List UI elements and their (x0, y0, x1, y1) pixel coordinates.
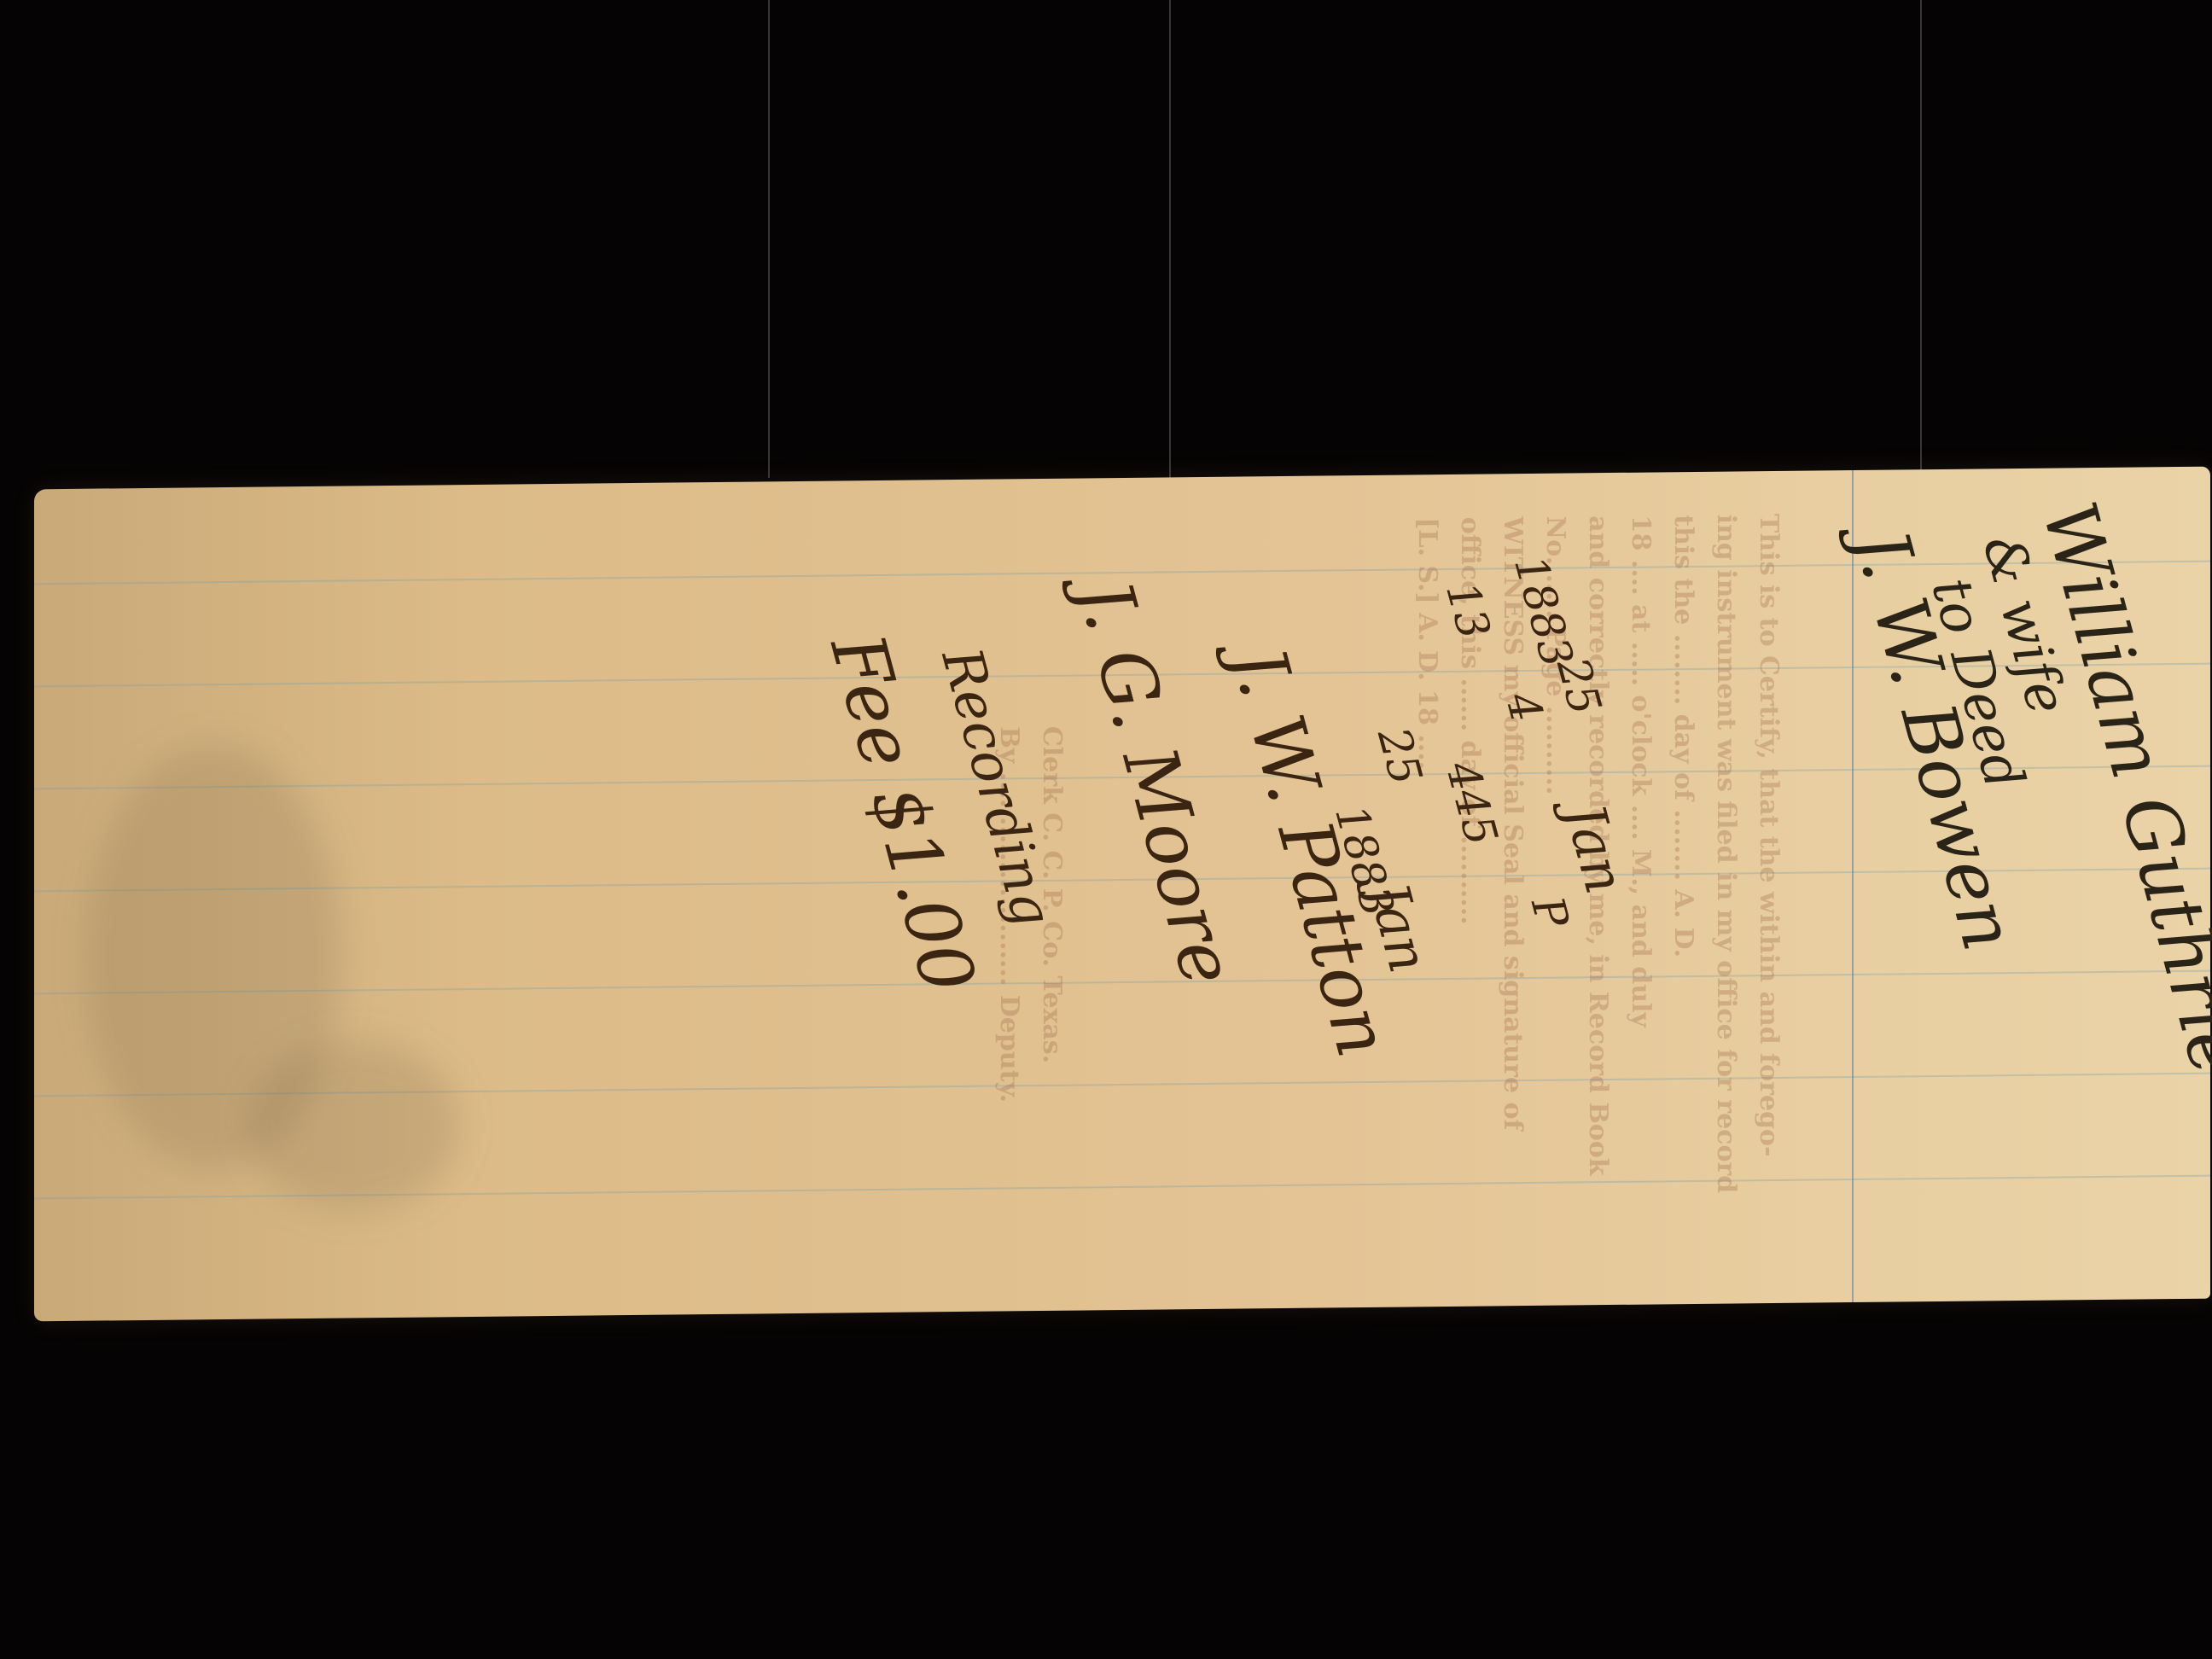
printed-line: 18 .... at ..... o'clock .... M., and du… (1626, 515, 1656, 1027)
record-page: 445 (1435, 756, 1507, 852)
hanging-thread (1169, 0, 1171, 478)
printed-line: This is to Certify, that the within and … (1754, 514, 1784, 1157)
document-paper: This is to Certify, that the within and … (34, 467, 2210, 1322)
hanging-thread (768, 0, 770, 478)
stain (247, 1039, 461, 1213)
filed-meridiem: P (1521, 892, 1578, 934)
record-book-no: 13 (1435, 577, 1499, 645)
printed-line: ing instrument was filed in my office fo… (1711, 514, 1741, 1193)
ruled-line (34, 868, 2210, 893)
parties-line: William Guthrie (2025, 493, 2212, 1084)
filed-month: Jan (1552, 797, 1637, 900)
ruled-line (34, 970, 2210, 995)
hanging-thread (1920, 0, 1922, 478)
printed-line: this the ........ day of ........ A. D. (1668, 515, 1698, 958)
deputy-signature: J. G. Moore (1061, 572, 1250, 994)
